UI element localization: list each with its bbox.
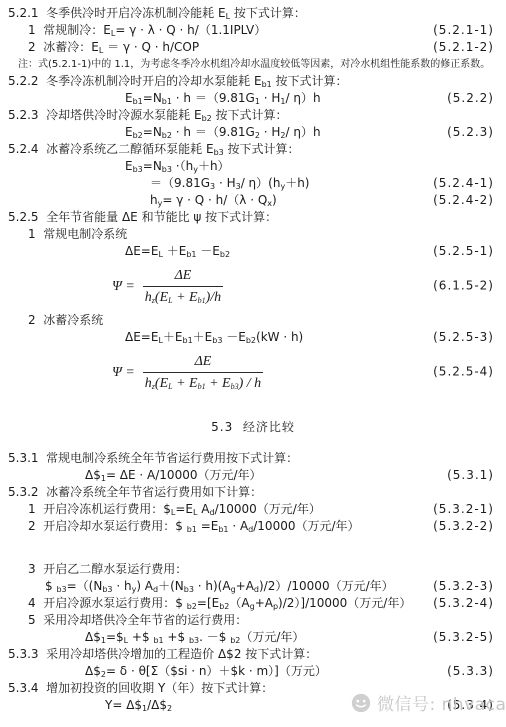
line-text: 1 常规电制冷系统: [28, 227, 127, 241]
list-item: 2 冰蓄冷系统: [0, 312, 506, 329]
clause-heading: 5.3.3 采用冷却塔供冷增加的工程造价 Δ$2 按下式计算：: [0, 646, 506, 663]
formula-number: (5.2.2): [447, 90, 494, 107]
formula-number: (5.2.1-2): [433, 39, 494, 56]
line-text: ΔE=EL ＋Eb1 －Eb2: [125, 244, 230, 258]
clause-heading: 5.3.2 冰蓄冷系统全年节省运行费用如下计算：: [0, 484, 506, 501]
line-text: Δ$1=$L +$ b1 +$ b3. －$ b2（万元/年）: [85, 630, 304, 644]
line-text: Eb3=Nb3 ·（hy＋h）: [125, 159, 230, 173]
list-item: 2 开启冷却水泵运行费用：$ b1 =Eb1 · Ad/10000（万元/年）(…: [0, 518, 506, 535]
fraction-numerator: ΔE: [143, 353, 263, 373]
clause-heading: 5.2.3 冷却塔供冷时冷源水泵能耗 Eb2 按下式计算：: [0, 107, 506, 124]
watermark-text: 微信号: nhvaca: [377, 690, 506, 715]
formula-line: Eb2=Nb2 · h ＝（9.81G2 · H2/ η）h(5.2.3): [0, 124, 506, 141]
fraction: ΔEhz(EL + Eb1)/h: [143, 267, 223, 306]
line-text: 5.3.4 增加初投资的回收期 Y（年）按下式计算：: [8, 681, 273, 695]
line-text: ＝（9.81G3 · H3/ η）(hy＋h): [150, 176, 309, 190]
list-item: 5 采用冷却塔供冷全年节省的运行费用：: [0, 612, 506, 629]
line-text: 1 常规制冷：EL= γ · λ · Q · h/（1.1IPLV）: [28, 23, 266, 37]
section-title: 5.3 经济比较: [0, 419, 506, 436]
formula-line: Δ$2= δ · θ[Σ（$si · n）＋$k · m）]（万元）(5.3.3…: [0, 663, 506, 680]
line-text: 5.2.1 冬季供冷时开启冷冻机制冷能耗 EL 按下式计算：: [8, 6, 306, 20]
fraction-denominator: hz(EL + Eb1 + Eb3) / h: [143, 373, 263, 392]
line-text: 5.2.4 冰蓄冷系统乙二醇循环泵能耗 Eb3 按下式计算：: [8, 142, 300, 156]
document-body: 5.2.1 冬季供冷时开启冷冻机制冷能耗 EL 按下式计算：1 常规制冷：EL=…: [0, 5, 506, 714]
spacer: [0, 535, 506, 561]
formula-number: (5.2.1-1): [433, 22, 494, 39]
formula-line: ΔE=EL＋Eb1＋Eb3 －Eb2(kW · h)(5.2.5-3): [0, 329, 506, 346]
formula-number: (5.3.2-4): [433, 595, 494, 612]
line-text: 5.2.5 全年节省能量 ΔE 和节能比 ψ 按下式计算：: [8, 210, 277, 224]
line-text: 5.2.2 冬季冷冻机制冷时开启的冷却水泵能耗 Eb1 按下式计算：: [8, 74, 348, 88]
line-text: 5.3 经济比较: [211, 420, 295, 434]
line-text: 3 开启乙二醇水泵运行费用：: [28, 562, 187, 576]
list-item: 3 开启乙二醇水泵运行费用：: [0, 561, 506, 578]
clause-heading: 5.2.2 冬季冷冻机制冷时开启的冷却水泵能耗 Eb1 按下式计算：: [0, 73, 506, 90]
line-text: Y= Δ$1/Δ$2: [105, 698, 172, 712]
line-text: $ b3=（(Nb3 · hy) Ad＋(Nb3 · h)(Ag+Ad)/2）/…: [45, 579, 394, 593]
formula-line: hy= γ · Q · h/（λ · Qx)(5.2.4-2): [0, 192, 506, 209]
line-text: 5.3.2 冰蓄冷系统全年节省运行费用如下计算：: [8, 485, 262, 499]
fraction-formula: Ψ =ΔEhz(EL + Eb1 + Eb3) / h(5.2.5-4): [0, 349, 506, 395]
formula-number: (5.2.3): [447, 124, 494, 141]
formula-number: (5.2.5-1): [433, 243, 494, 260]
list-item: 4 开启冷源水泵运行费用：$ b2=[Eb2（Ag+Ap)/2）]/10000（…: [0, 595, 506, 612]
line-text: 1 开启冷冻机运行费用：$L=EL Ad/10000（万元/年）: [28, 502, 321, 516]
formula-lhs: Ψ =: [112, 364, 135, 381]
fraction: ΔEhz(EL + Eb1 + Eb3) / h: [143, 353, 263, 392]
document-page: 5.2.1 冬季供冷时开启冷冻机制冷能耗 EL 按下式计算：1 常规制冷：EL=…: [0, 0, 506, 727]
clause-heading: 5.2.4 冰蓄冷系统乙二醇循环泵能耗 Eb3 按下式计算：: [0, 141, 506, 158]
line-text: Eb2=Nb2 · h ＝（9.81G2 · H2/ η）h: [125, 125, 321, 139]
line-text: 2 冰蓄冷：EL ＝ γ · Q · h/COP: [28, 40, 199, 54]
formula-line: ΔE=EL ＋Eb1 －Eb2(5.2.5-1): [0, 243, 506, 260]
formula-lhs: Ψ =: [112, 278, 135, 295]
formula-number: (5.2.5-3): [433, 329, 494, 346]
list-item: 1 常规电制冷系统: [0, 226, 506, 243]
line-text: Eb1=Nb1 · h ＝（9.81G1 · H1/ η）h: [125, 91, 321, 105]
list-item: 2 冰蓄冷：EL ＝ γ · Q · h/COP(5.2.1-2): [0, 39, 506, 56]
formula-line: $ b3=（(Nb3 · hy) Ad＋(Nb3 · h)(Ag+Ad)/2）/…: [0, 578, 506, 595]
formula-number: (5.3.2-5): [433, 629, 494, 646]
formula-line: Δ$1= ΔE · A/10000（万元/年）(5.3.1): [0, 467, 506, 484]
line-text: 2 开启冷却水泵运行费用：$ b1 =Eb1 · Ad/10000（万元/年）: [28, 519, 360, 533]
formula-line: Eb1=Nb1 · h ＝（9.81G1 · H1/ η）h(5.2.2): [0, 90, 506, 107]
formula-number: (5.3.1): [447, 467, 494, 484]
note-line: 注：式(5.2.1-1)中的 1.1，为考虑冬季冷水机组冷却水温度较低等因素，对…: [0, 56, 506, 73]
line-text: 5.3.1 常规电制冷系统全年节省运行费用按下式计算：: [8, 451, 298, 465]
fraction-numerator: ΔE: [143, 267, 223, 287]
line-text: 5.3.3 采用冷却塔供冷增加的工程造价 Δ$2 按下式计算：: [8, 647, 317, 661]
watermark: 微信号: nhvaca: [350, 690, 506, 715]
line-text: ΔE=EL＋Eb1＋Eb3 －Eb2(kW · h): [125, 330, 303, 344]
clause-heading: 5.2.5 全年节省能量 ΔE 和节能比 ψ 按下式计算：: [0, 209, 506, 226]
formula-number: (6.1.5-2): [433, 278, 494, 295]
line-text: 注：式(5.2.1-1)中的 1.1，为考虑冬季冷水机组冷却水温度较低等因素，对…: [18, 59, 490, 70]
line-text: 5 采用冷却塔供冷全年节省的运行费用：: [28, 613, 247, 627]
list-item: 1 常规制冷：EL= γ · λ · Q · h/（1.1IPLV）(5.2.1…: [0, 22, 506, 39]
formula-number: (5.2.4-2): [433, 192, 494, 209]
formula-number: (5.3.2-1): [433, 501, 494, 518]
formula-number: (5.2.4-1): [433, 175, 494, 192]
formula-line: ＝（9.81G3 · H3/ η）(hy＋h)(5.2.4-1): [0, 175, 506, 192]
clause-heading: 5.2.1 冬季供冷时开启冷冻机制冷能耗 EL 按下式计算：: [0, 5, 506, 22]
formula-number: (5.3.3): [447, 663, 494, 680]
line-text: hy= γ · Q · h/（λ · Qx): [150, 193, 277, 207]
formula-line: Eb3=Nb3 ·（hy＋h）: [0, 158, 506, 175]
formula-number: (5.3.2-3): [433, 578, 494, 595]
line-text: 5.2.3 冷却塔供冷时冷源水泵能耗 Eb2 按下式计算：: [8, 108, 288, 122]
formula-number: (5.2.5-4): [433, 364, 494, 381]
line-text: 2 冰蓄冷系统: [28, 313, 103, 327]
fraction-formula: Ψ =ΔEhz(EL + Eb1)/h(6.1.5-2): [0, 263, 506, 309]
formula-number: (5.3.2-2): [433, 518, 494, 535]
line-text: 4 开启冷源水泵运行费用：$ b2=[Eb2（Ag+Ap)/2）]/10000（…: [28, 596, 411, 610]
formula-line: Δ$1=$L +$ b1 +$ b3. －$ b2（万元/年）(5.3.2-5): [0, 629, 506, 646]
line-text: Δ$2= δ · θ[Σ（$si · n）＋$k · m）]（万元）: [85, 664, 327, 678]
line-text: Δ$1= ΔE · A/10000（万元/年）: [85, 468, 262, 482]
fraction-denominator: hz(EL + Eb1)/h: [143, 287, 223, 306]
clause-heading: 5.3.1 常规电制冷系统全年节省运行费用按下式计算：: [0, 450, 506, 467]
wechat-icon: [350, 692, 372, 714]
list-item: 1 开启冷冻机运行费用：$L=EL Ad/10000（万元/年）(5.3.2-1…: [0, 501, 506, 518]
